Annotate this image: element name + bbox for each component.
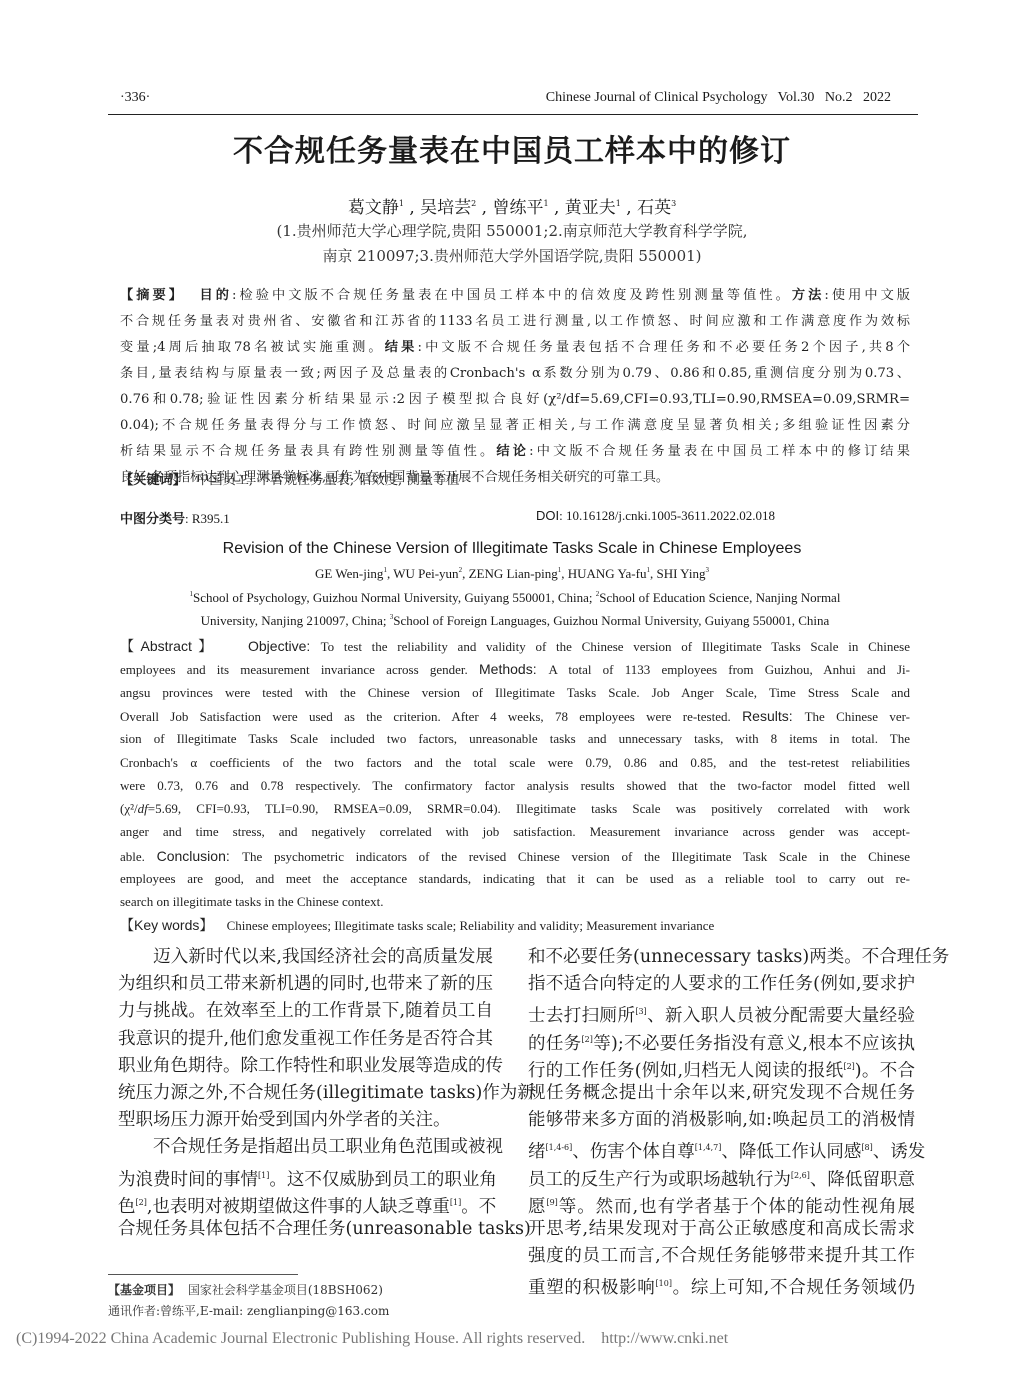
abstract-en-line: 【Abstract】 Objective: To test the reliab…	[120, 635, 910, 658]
abstract-cn-line: 0.04);不合规任务量表得分与工作愤怒、时间应激呈显著正相关,与工作满意度呈显…	[120, 413, 910, 439]
abstract-en-line: anger and time stress, and negatively co…	[120, 821, 910, 843]
abstract-cn-line: 变量;4周后抽取78名被试实施重测。结果:中文版不合规任务量表包括不合理任务和不…	[120, 335, 910, 361]
abstract-en-line: able. Conclusion: The psychometric indic…	[120, 845, 910, 868]
body-text-line: 我意识的提升,他们愈发重视工作任务是否符合其	[118, 1026, 493, 1053]
body-text-line: 不合规任务是指超出员工职业角色范围或被视	[118, 1134, 493, 1161]
body-text-line: 重塑的积极影响[10]。综上可知,不合规任务领域仍	[528, 1270, 915, 1302]
page-number: ·336·	[120, 90, 150, 106]
abstract-cn-line: 0.76和0.78;验证性因素分析结果显示:2因子模型拟合良好(χ²/df=5.…	[120, 387, 910, 413]
footnote-rule	[108, 1274, 298, 1275]
classification-number: 中图分类号: R395.1	[120, 508, 230, 527]
article-title-en: Revision of the Chinese Version of Illeg…	[0, 540, 1024, 558]
abstract-cn-line: 析结果显示不合规任务量表具有跨性别测量等值性。结论:中文版不合规任务量表在中国员…	[120, 439, 910, 465]
article-title-cn: 不合规任务量表在中国员工样本中的修订	[0, 126, 1024, 170]
abstract-en-line: Overall Job Satisfaction were used as th…	[120, 705, 910, 728]
abstract-en-label: 【Abstract】	[120, 638, 219, 654]
abstract-en-line: sion of Illegitimate Tasks Scale include…	[120, 728, 910, 750]
author-list-cn: 葛文静1 , 吴培芸2 , 曾练平1 , 黄亚夫1 , 石英3	[0, 193, 1024, 218]
copyright-notice: (C)1994-2022 China Academic Journal Elec…	[16, 1330, 728, 1348]
classification-label: 中图分类号	[120, 512, 185, 527]
body-text-line: 迈入新时代以来,我国经济社会的高质量发展	[118, 944, 493, 971]
abstract-cn-line: 不合规任务量表对贵州省、安徽省和江苏省的1133名员工进行测量,以工作愤怒、时间…	[120, 309, 910, 335]
classification-value: : R395.1	[185, 511, 230, 526]
body-text-line: 为组织和员工带来新机遇的同时,也带来了新的压	[118, 971, 493, 998]
affiliation-cn-line-2: 南京 210097;3.贵州师范大学外国语学院,贵阳 550001)	[0, 245, 1024, 266]
author-en: SHI Ying3	[656, 566, 709, 581]
author-cn: 曾练平1	[492, 198, 548, 218]
body-text-line: 规任务概念提出十余年以来,研究发现不合规任务	[528, 1080, 915, 1107]
fund-label: 【基金项目】	[108, 1283, 180, 1297]
fund-text: 国家社会科学基金项目(18BSH062)	[188, 1283, 383, 1297]
body-text-line: 和不必要任务(unnecessary tasks)两类。不合理任务	[528, 944, 915, 971]
body-text-line: 统压力源之外,不合规任务(illegitimate tasks)作为新	[118, 1080, 493, 1107]
corresponding-author-footnote: 通讯作者:曾练平,E-mail: zenglianping@163.com	[108, 1302, 389, 1319]
abstract-en-line: angsu provinces were tested with the Chi…	[120, 682, 910, 704]
doi-label: DOI	[536, 508, 559, 523]
author-list-en: GE Wen-jing1, WU Pei-yun2, ZENG Lian-pin…	[0, 566, 1024, 582]
keywords-en: 【Key words】 Chinese employees; Illegitim…	[120, 914, 910, 937]
affiliation-en-line-1: 1School of Psychology, Guizhou Normal Un…	[120, 590, 910, 606]
author-en: HUANG Ya-fu1	[568, 566, 650, 581]
abstract-en-line: (χ²/df=5.69, CFI=0.93, TLI=0.90, RMSEA=0…	[120, 798, 910, 820]
keywords-en-text: Chinese employees; Illegitimate tasks sc…	[227, 918, 715, 933]
body-text-line: 强度的员工而言,不合规任务能够带来提升其工作	[528, 1243, 915, 1270]
keywords-cn: 【关键词】 中国员工; 不合规任务量表; 信效度; 测量等值	[120, 468, 910, 494]
body-text-line: 开思考,结果发现对于高公正敏感度和高成长需求	[528, 1216, 915, 1243]
abstract-en-line: employees are good, and meet the accepta…	[120, 868, 910, 890]
keywords-cn-text: 中国员工; 不合规任务量表; 信效度; 测量等值	[196, 473, 459, 488]
abstract-en-line: employees and its measurement invariance…	[120, 658, 910, 681]
header-rule	[108, 114, 918, 115]
abstract-cn-line: 【摘要】 目的:检验中文版不合规任务量表在中国员工样本中的信效度及跨性别测量等值…	[120, 283, 910, 309]
body-text-line: 指不适合向特定的人要求的工作任务(例如,要求护	[528, 971, 915, 998]
body-text-line: 型职场压力源开始受到国内外学者的关注。	[118, 1107, 493, 1134]
author-en: ZENG Lian-ping1	[469, 566, 562, 581]
author-en: GE Wen-jing1	[315, 566, 387, 581]
author-cn: 石英3	[637, 198, 676, 218]
abstract-cn-line: 条目,量表结构与原量表一致;两因子及总量表的Cronbach's α系数分别为0…	[120, 361, 910, 387]
author-cn: 黄亚夫1	[565, 198, 621, 218]
fund-footnote: 【基金项目】 国家社会科学基金项目(18BSH062)	[108, 1281, 383, 1298]
author-cn: 吴培芸2	[420, 198, 476, 218]
abstract-en-line: Cronbach's α coefficients of the two fac…	[120, 752, 910, 774]
doi-value: : 10.16128/j.cnki.1005-3611.2022.02.018	[559, 508, 775, 523]
journal-running-header: Chinese Journal of Clinical Psychology V…	[546, 90, 891, 106]
keywords-en-label: 【Key words】	[120, 917, 213, 933]
abstract-en-line: were 0.73, 0.76 and 0.78 respectively. T…	[120, 775, 910, 797]
doi: DOI: 10.16128/j.cnki.1005-3611.2022.02.0…	[536, 508, 775, 524]
abstract-en-line: search on illegitimate tasks in the Chin…	[120, 891, 910, 913]
affiliation-en-line-2: University, Nanjing 210097, China; 3Scho…	[120, 613, 910, 629]
affiliation-cn-line-1: (1.贵州师范大学心理学院,贵阳 550001;2.南京师范大学教育科学学院,	[0, 220, 1024, 241]
author-en: WU Pei-yun2	[393, 566, 462, 581]
author-cn: 葛文静1	[348, 198, 404, 218]
body-text-line: 能够带来多方面的消极影响,如:唤起员工的消极情	[528, 1107, 915, 1134]
body-text-line: 力与挑战。在效率至上的工作背景下,随着员工自	[118, 998, 493, 1025]
keywords-cn-label: 【关键词】	[120, 473, 186, 488]
body-text-line: 职业角色期待。除工作特性和职业发展等造成的传	[118, 1053, 493, 1080]
body-text-line: 合规任务具体包括不合理任务(unreasonable tasks)	[118, 1216, 493, 1243]
abstract-cn-label: 【摘要】	[120, 288, 185, 303]
